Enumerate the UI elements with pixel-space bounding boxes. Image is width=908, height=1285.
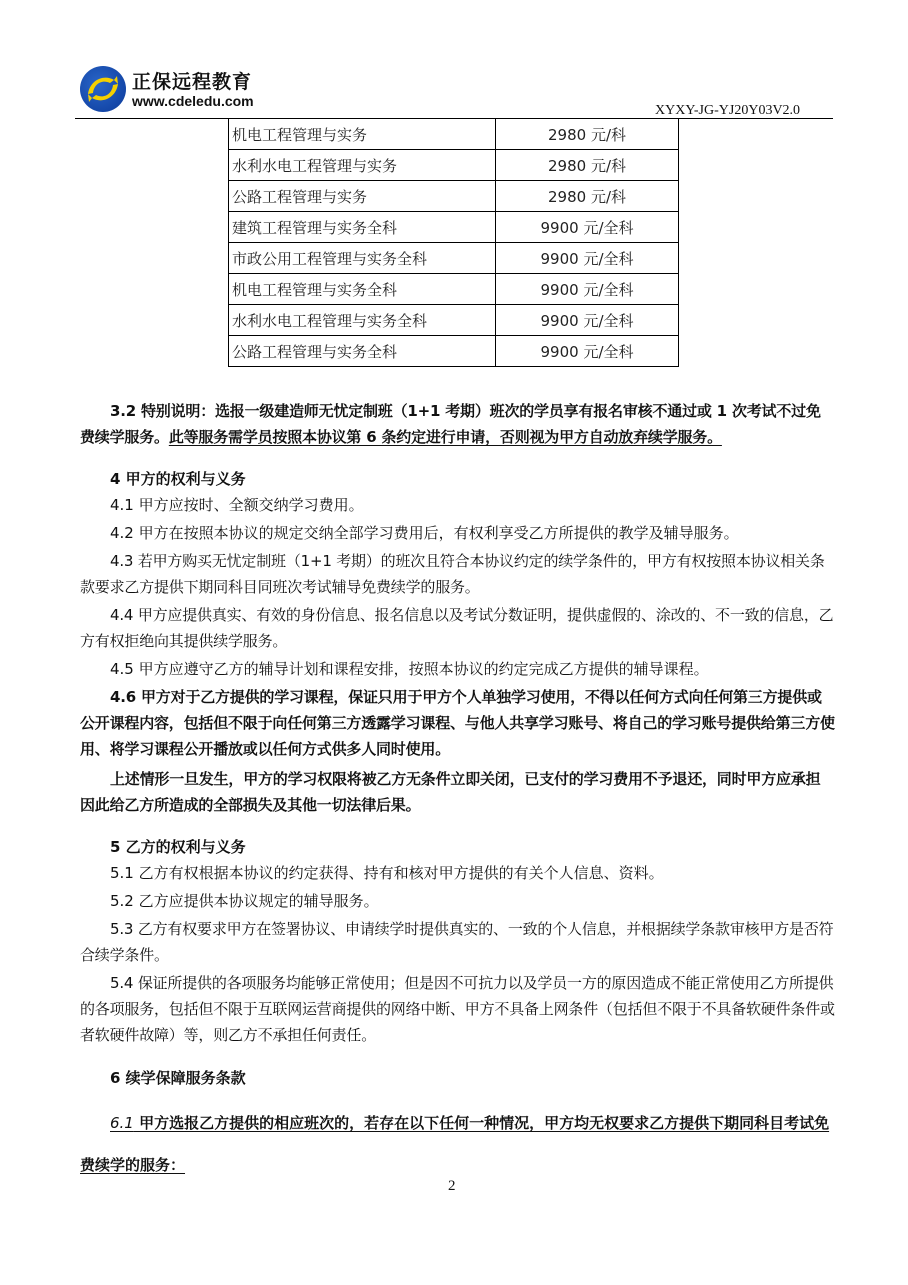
table-row: 公路工程管理与实务 2980 元/科 xyxy=(229,181,679,212)
clause-6-1: 6.1 甲方选报乙方提供的相应班次的，若存在以下任何一种情况，甲方均无权要求乙方… xyxy=(80,1102,835,1186)
table-row: 公路工程管理与实务全科 9900 元/全科 xyxy=(229,336,679,367)
clause-4-6-consequence: 上述情形一旦发生，甲方的学习权限将被乙方无条件立即关闭，已支付的学习费用不予退还… xyxy=(80,766,835,818)
clause-6-1-number: 6.1 xyxy=(110,1114,134,1132)
clause-5-3: 5.3 乙方有权要求甲方在签署协议、申请续学时提供真实的、一致的个人信息，并根据… xyxy=(80,916,835,968)
table-row: 建筑工程管理与实务全科 9900 元/全科 xyxy=(229,212,679,243)
price-cell: 2980 元/科 xyxy=(496,150,679,181)
price-cell: 9900 元/全科 xyxy=(496,336,679,367)
course-name-cell: 市政公用工程管理与实务全科 xyxy=(229,243,496,274)
document-code: XYXY-JG-YJ20Y03V2.0 xyxy=(655,103,800,119)
clause-4-3: 4.3 若甲方购买无忧定制班（1+1 考期）的班次且符合本协议约定的续学条件的，… xyxy=(80,548,835,600)
table-row: 机电工程管理与实务全科 9900 元/全科 xyxy=(229,274,679,305)
clause-4-4: 4.4 甲方应提供真实、有效的身份信息、报名信息以及考试分数证明，提供虚假的、涂… xyxy=(80,602,835,654)
table-row: 市政公用工程管理与实务全科 9900 元/全科 xyxy=(229,243,679,274)
course-name-cell: 水利水电工程管理与实务 xyxy=(229,150,496,181)
price-cell: 9900 元/全科 xyxy=(496,243,679,274)
section-6-title: 6 续学保障服务条款 xyxy=(80,1065,835,1091)
price-cell: 9900 元/全科 xyxy=(496,274,679,305)
document-page: 正保远程教育 www.cdeledu.com XYXY-JG-YJ20Y03V2… xyxy=(0,0,908,1285)
brand-name: 正保远程教育 xyxy=(132,67,252,94)
clause-6-1-text: 甲方选报乙方提供的相应班次的，若存在以下任何一种情况，甲方均无权要求乙方提供下期… xyxy=(80,1114,829,1174)
price-cell: 2980 元/科 xyxy=(496,181,679,212)
course-name-cell: 机电工程管理与实务 xyxy=(229,119,496,150)
brand-url: www.cdeledu.com xyxy=(132,93,254,109)
clause-3-2: 3.2 特别说明：选报一级建造师无忧定制班（1+1 考期）班次的学员享有报名审核… xyxy=(80,398,835,450)
page-number: 2 xyxy=(448,1178,456,1195)
table-row: 水利水电工程管理与实务全科 9900 元/全科 xyxy=(229,305,679,336)
clause-5-4: 5.4 保证所提供的各项服务均能够正常使用；但是因不可抗力以及学员一方的原因造成… xyxy=(80,970,835,1048)
table-row: 机电工程管理与实务 2980 元/科 xyxy=(229,119,679,150)
clause-5-1: 5.1 乙方有权根据本协议的约定获得、持有和核对甲方提供的有关个人信息、资料。 xyxy=(80,860,835,886)
clause-4-5: 4.5 甲方应遵守乙方的辅导计划和课程安排，按照本协议的约定完成乙方提供的辅导课… xyxy=(80,656,835,682)
course-name-cell: 公路工程管理与实务 xyxy=(229,181,496,212)
clause-4-1: 4.1 甲方应按时、全额交纳学习费用。 xyxy=(80,492,835,518)
course-name-cell: 公路工程管理与实务全科 xyxy=(229,336,496,367)
clause-4-6: 4.6 甲方对于乙方提供的学习课程，保证只用于甲方个人单独学习使用，不得以任何方… xyxy=(80,684,835,762)
section-4-title: 4 甲方的权利与义务 xyxy=(80,466,835,492)
course-name-cell: 建筑工程管理与实务全科 xyxy=(229,212,496,243)
price-cell: 9900 元/全科 xyxy=(496,212,679,243)
clause-3-2-underlined: 此等服务需学员按照本协议第 6 条约定进行申请，否则视为甲方自动放弃续学服务。 xyxy=(169,428,722,446)
price-cell: 2980 元/科 xyxy=(496,119,679,150)
course-name-cell: 机电工程管理与实务全科 xyxy=(229,274,496,305)
course-name-cell: 水利水电工程管理与实务全科 xyxy=(229,305,496,336)
section-5-title: 5 乙方的权利与义务 xyxy=(80,834,835,860)
cdeledu-swirl-logo-icon xyxy=(80,66,126,112)
price-cell: 9900 元/全科 xyxy=(496,305,679,336)
table-row: 水利水电工程管理与实务 2980 元/科 xyxy=(229,150,679,181)
clause-4-2: 4.2 甲方在按照本协议的规定交纳全部学习费用后，有权利享受乙方所提供的教学及辅… xyxy=(80,520,835,546)
clause-5-2: 5.2 乙方应提供本协议规定的辅导服务。 xyxy=(80,888,835,914)
price-table: 机电工程管理与实务 2980 元/科 水利水电工程管理与实务 2980 元/科 … xyxy=(228,119,679,367)
